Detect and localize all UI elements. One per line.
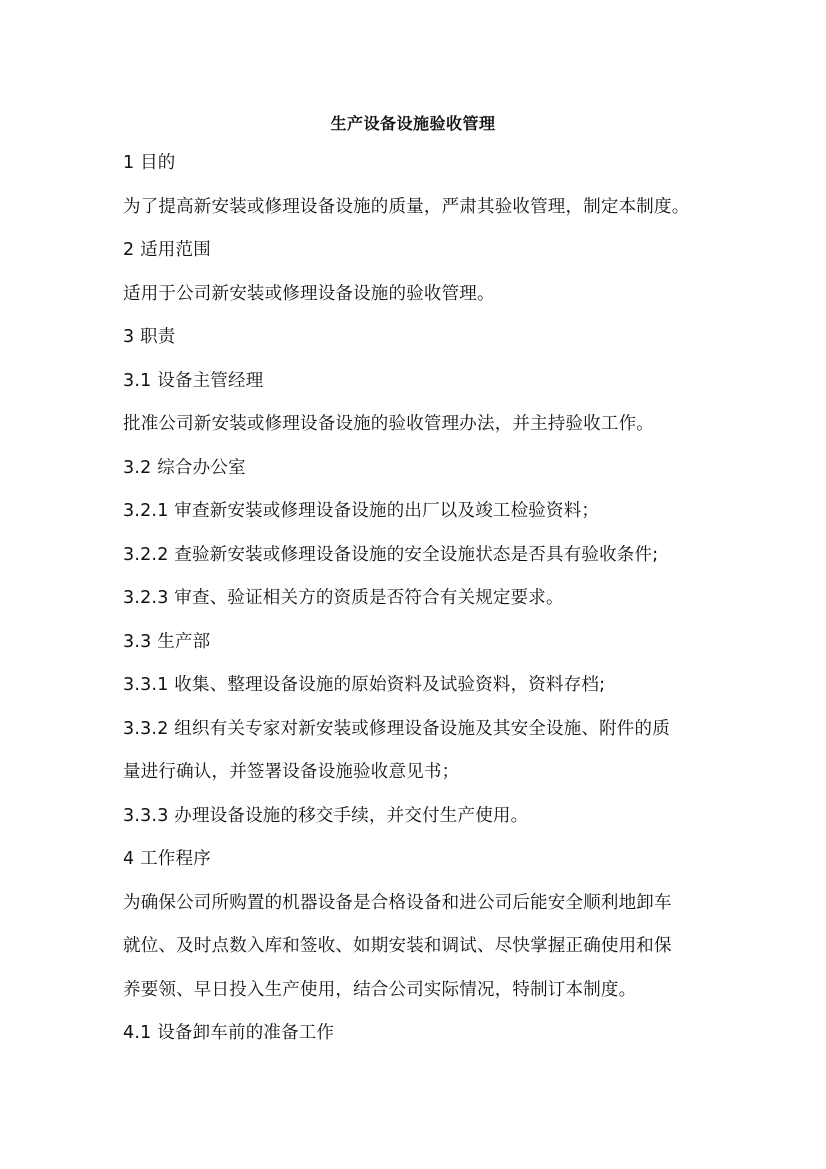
paragraph-procedure-1: 为确保公司所购置的机器设备是合格设备和进公司后能安全顺利地卸车 xyxy=(123,882,723,926)
document-title: 生产设备设施验收管理 xyxy=(0,112,826,136)
heading-3-2: 3.2 综合办公室 xyxy=(123,447,723,491)
paragraph-3-1: 批准公司新安装或修理设备设施的验收管理办法，并主持验收工作。 xyxy=(123,403,723,447)
item-3-3-3: 3.3.3 办理设备设施的移交手续，并交付生产使用。 xyxy=(123,795,723,839)
item-3-3-2-cont: 量进行确认，并签署设备设施验收意见书； xyxy=(123,751,723,795)
heading-scope: 2 适用范围 xyxy=(123,229,723,273)
item-3-3-1: 3.3.1 收集、整理设备设施的原始资料及试验资料，资料存档; xyxy=(123,664,723,708)
heading-responsibilities: 3 职责 xyxy=(123,316,723,360)
heading-3-1: 3.1 设备主管经理 xyxy=(123,360,723,404)
paragraph-procedure-2: 就位、及时点数入库和签收、如期安装和调试、尽快掌握正确使用和保 xyxy=(123,925,723,969)
item-3-2-2: 3.2.2 查验新安装或修理设备设施的安全设施状态是否具有验收条件; xyxy=(123,534,723,578)
heading-purpose: 1 目的 xyxy=(123,142,723,186)
paragraph-scope: 适用于公司新安装或修理设备设施的验收管理。 xyxy=(123,273,723,317)
heading-3-3: 3.3 生产部 xyxy=(123,621,723,665)
item-3-2-1: 3.2.1 审查新安装或修理设备设施的出厂以及竣工检验资料； xyxy=(123,490,723,534)
paragraph-procedure-3: 养要领、早日投入生产使用，结合公司实际情况，特制订本制度。 xyxy=(123,969,723,1013)
heading-procedure: 4 工作程序 xyxy=(123,838,723,882)
item-3-2-3: 3.2.3 审查、验证相关方的资质是否符合有关规定要求。 xyxy=(123,577,723,621)
item-3-3-2: 3.3.2 组织有关专家对新安装或修理设备设施及其安全设施、附件的质 xyxy=(123,708,723,752)
heading-4-1: 4.1 设备卸车前的准备工作 xyxy=(123,1012,723,1056)
document-page: 生产设备设施验收管理 1 目的 为了提高新安装或修理设备设施的质量，严肃其验收管… xyxy=(0,0,826,1169)
paragraph-purpose: 为了提高新安装或修理设备设施的质量，严肃其验收管理，制定本制度。 xyxy=(123,186,723,230)
document-body: 1 目的 为了提高新安装或修理设备设施的质量，严肃其验收管理，制定本制度。 2 … xyxy=(123,142,723,1056)
